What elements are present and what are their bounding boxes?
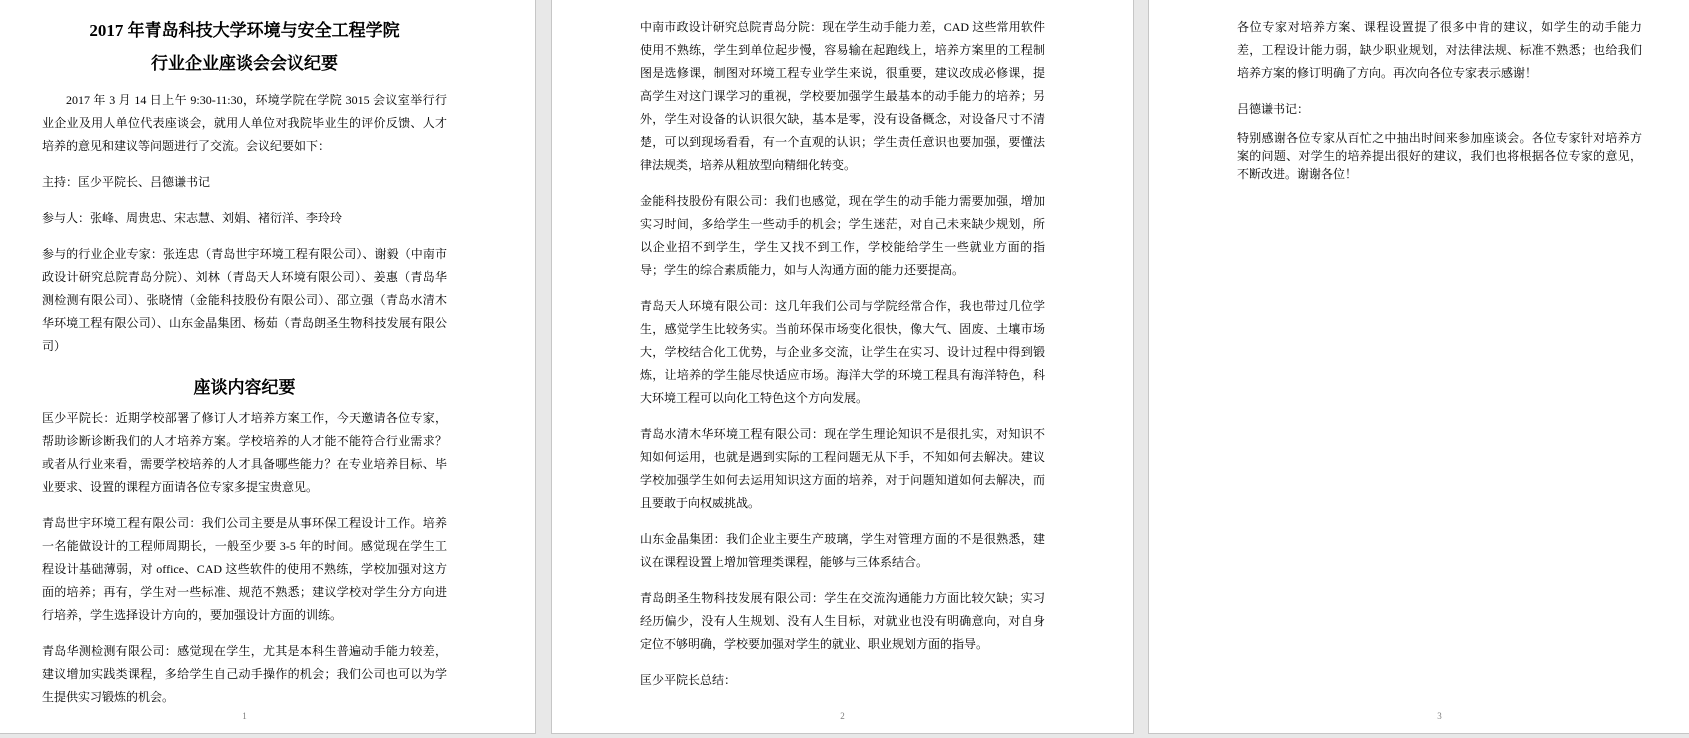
langsheng-paragraph: 青岛朗圣生物科技发展有限公司：学生在交流沟通能力方面比较欠缺；实习经历偏少，没有…: [640, 587, 1045, 656]
intro-paragraph: 2017 年 3 月 14 日上午 9:30-11:30，环境学院在学院 301…: [42, 89, 447, 158]
jinjing-paragraph: 山东金晶集团：我们企业主要生产玻璃，学生对管理方面的不是很熟悉，建议在课程设置上…: [640, 528, 1045, 574]
page-3-content: 各位专家对培养方案、课程设置提了很多中肯的建议，如学生的动手能力差，工程设计能力…: [1149, 0, 1689, 716]
page-1-content: 2017 年青岛科技大学环境与安全工程学院 行业企业座谈会会议纪要 2017 年…: [0, 0, 535, 714]
dean-opening-paragraph: 匡少平院长：近期学校部署了修订人才培养方案工作，今天邀请各位专家，帮助诊断诊断我…: [42, 407, 447, 499]
shuiqingmuhua-paragraph: 青岛水清木华环境工程有限公司：现在学生理论知识不是很扎实，对知识不知如何运用，也…: [640, 423, 1045, 515]
shiyu-paragraph: 青岛世宇环境工程有限公司：我们公司主要是从事环保工程设计工作。培养一名能做设计的…: [42, 512, 447, 627]
secretary-paragraph: 特别感谢各位专家从百忙之中抽出时间来参加座谈会。各位专家针对培养方案的问题、对学…: [1237, 129, 1642, 183]
zhongnan-paragraph: 中南市政设计研究总院青岛分院：现在学生动手能力差，CAD 这些常用软件使用不熟练…: [640, 16, 1045, 177]
doc-title-line-1: 2017 年青岛科技大学环境与安全工程学院: [42, 14, 447, 47]
experts-paragraph: 参与的行业企业专家：张连忠（青岛世宇环境工程有限公司）、谢毅（中南市政设计研究总…: [42, 243, 447, 358]
huace-paragraph: 青岛华测检测有限公司：感觉现在学生，尤其是本科生普遍动手能力较差，建议增加实践类…: [42, 640, 447, 709]
page-3[interactable]: 各位专家对培养方案、课程设置提了很多中肯的建议，如学生的动手能力差，工程设计能力…: [1148, 0, 1689, 734]
document-canvas: { "page1": { "number": "1", "title_line1…: [0, 0, 1689, 738]
page-number: 1: [0, 711, 535, 721]
dean-summary-lead: 匡少平院长总结：: [640, 669, 1045, 692]
tianren-paragraph: 青岛天人环境有限公司：这几年我们公司与学院经常合作，我也带过几位学生，感觉学生比…: [640, 295, 1045, 410]
host-line: 主持：匡少平院长、吕德谦书记: [42, 171, 447, 194]
page-number: 3: [1149, 711, 1689, 721]
jinneng-paragraph: 金能科技股份有限公司：我们也感觉，现在学生的动手能力需要加强，增加实习时间，多给…: [640, 190, 1045, 282]
section-heading: 座谈内容纪要: [42, 372, 447, 403]
dean-summary-paragraph: 各位专家对培养方案、课程设置提了很多中肯的建议，如学生的动手能力差，工程设计能力…: [1237, 16, 1642, 85]
page-2[interactable]: 中南市政设计研究总院青岛分院：现在学生动手能力差，CAD 这些常用软件使用不熟练…: [551, 0, 1134, 734]
page-number: 2: [552, 711, 1133, 721]
page-1[interactable]: 2017 年青岛科技大学环境与安全工程学院 行业企业座谈会会议纪要 2017 年…: [0, 0, 536, 734]
page-2-content: 中南市政设计研究总院青岛分院：现在学生动手能力差，CAD 这些常用软件使用不熟练…: [552, 0, 1133, 716]
doc-title-line-2: 行业企业座谈会会议纪要: [42, 47, 447, 80]
secretary-lead: 吕德谦书记：: [1237, 98, 1642, 121]
participants-line: 参与人：张峰、周贵忠、宋志慧、刘娟、褚衍洋、李玲玲: [42, 207, 447, 230]
